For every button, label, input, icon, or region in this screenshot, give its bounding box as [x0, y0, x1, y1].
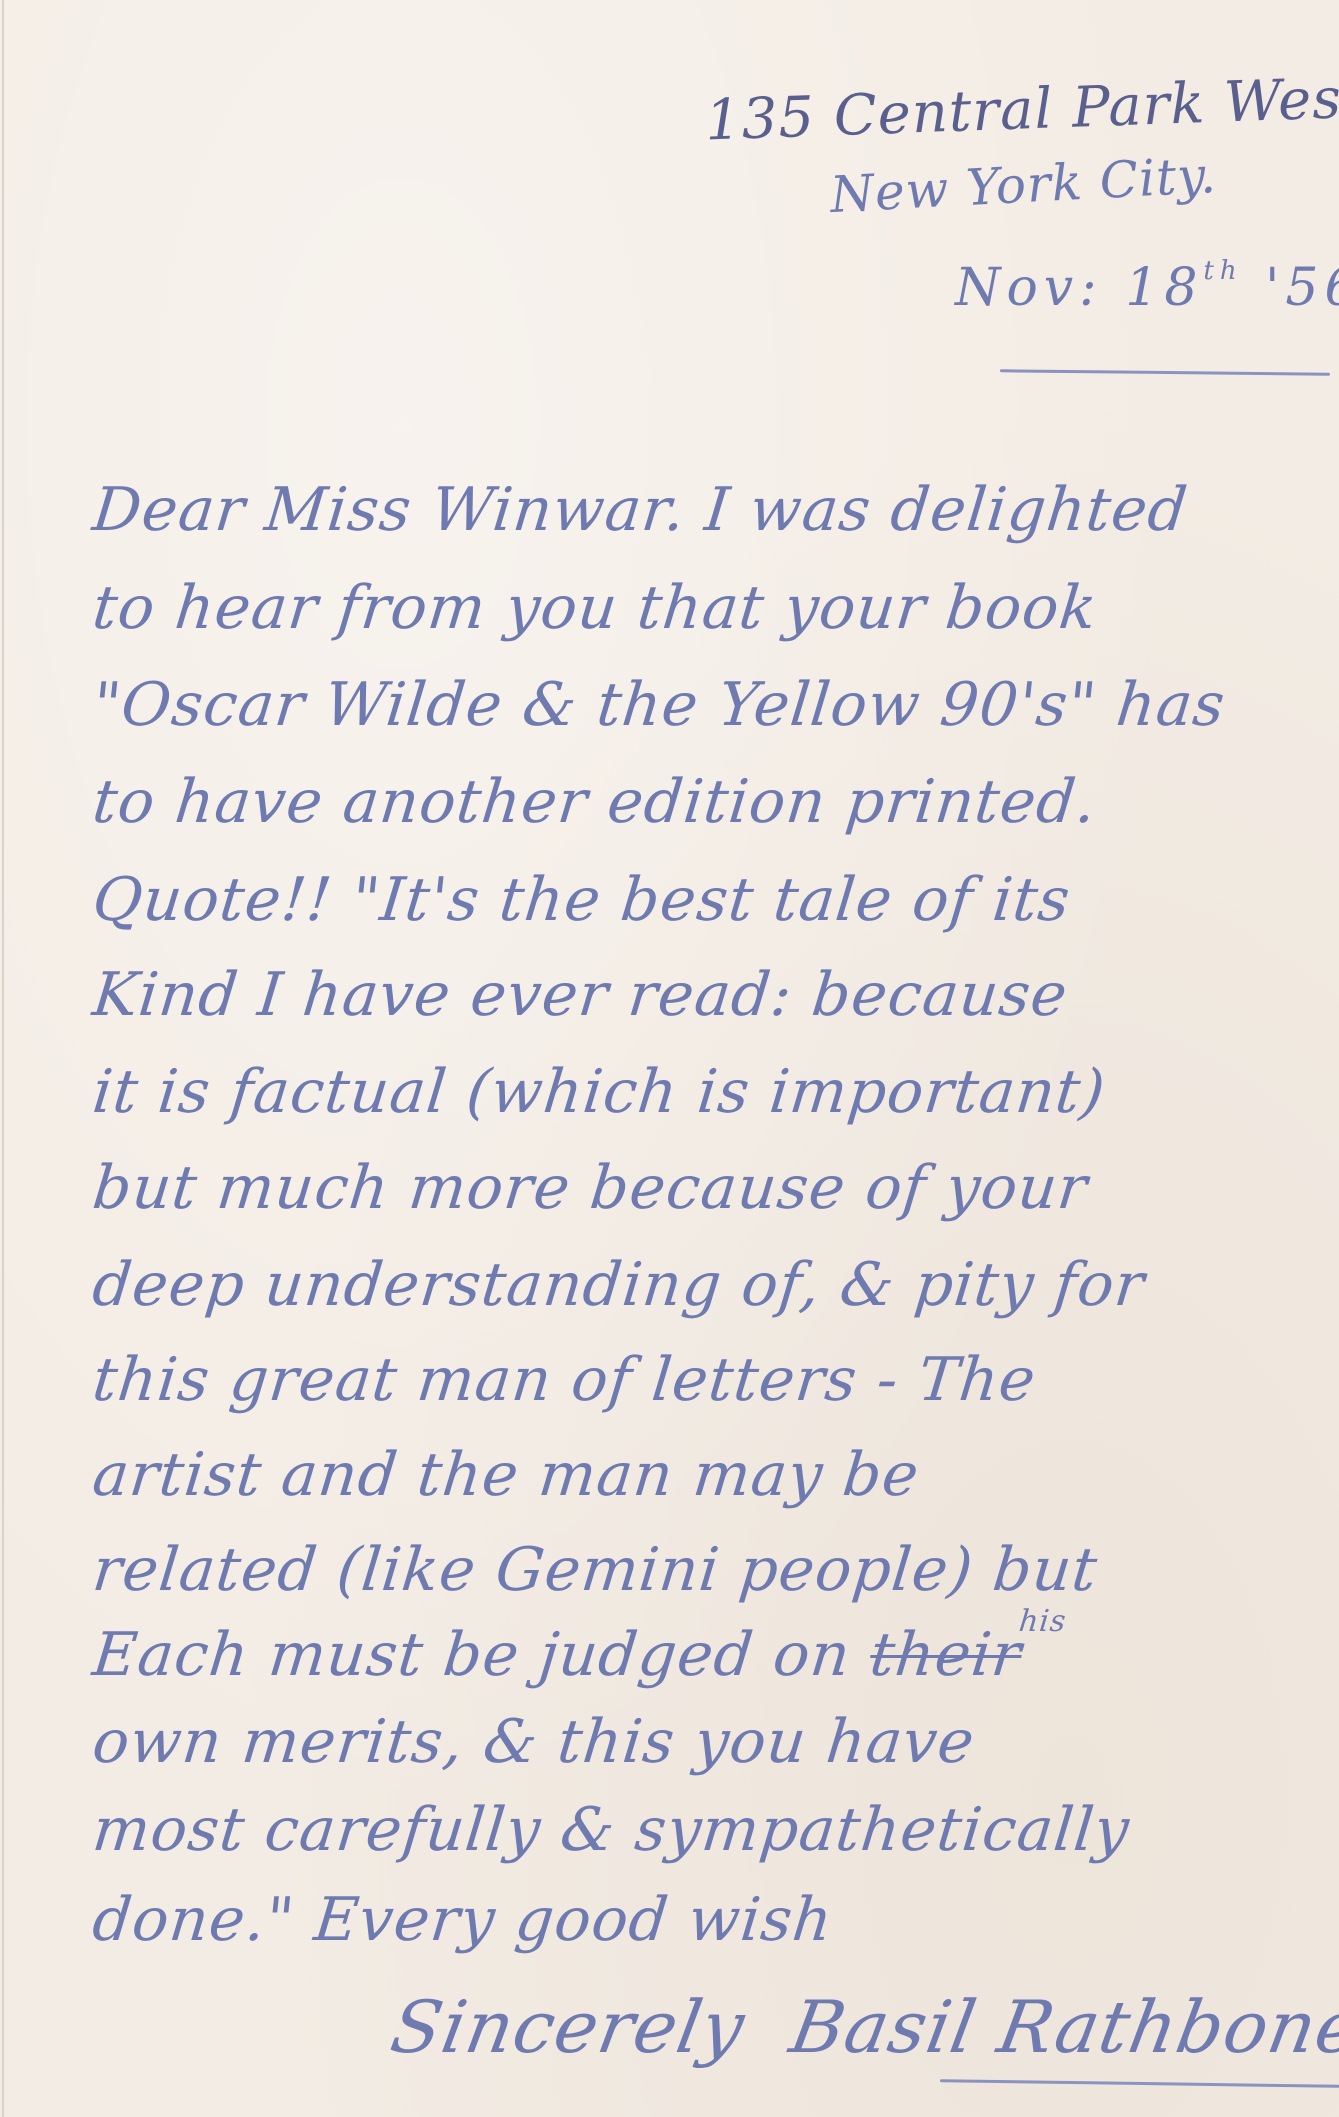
correction-text: Each must be judged on [89, 1620, 874, 1690]
signature: Sincerely Basil Rathbone [385, 1985, 1339, 2069]
body-line-6: it is factual (which is important) [90, 1062, 1108, 1122]
body-line-correction: Each must be judged on theirhis [90, 1625, 1066, 1685]
body-line-1: to hear from you that your book [90, 578, 1100, 638]
body-line-2: "Oscar Wilde & the Yellow 90's" has [90, 675, 1228, 735]
signature-closing: Sincerely [385, 1985, 751, 2069]
struck-word: their [867, 1620, 1025, 1690]
date-main: Nov: 18 [955, 258, 1203, 318]
closing-line-3: done." Every good wish [90, 1890, 836, 1950]
signature-name: Basil Rathbone [784, 1985, 1339, 2069]
letter-date: Nov: 18th '56 [955, 262, 1339, 314]
closing-line-1: own merits, & this you have [90, 1712, 978, 1772]
body-line-7: but much more because of your [90, 1158, 1091, 1218]
body-line-9: this great man of letters - The [90, 1350, 1039, 1410]
body-line-10: artist and the man may be [90, 1445, 922, 1505]
date-year: '56 [1243, 258, 1339, 318]
body-line-5: Kind I have ever read: because [90, 965, 1071, 1025]
paper-left-edge [2, 0, 4, 2117]
closing-line-2: most carefully & sympathetically [90, 1800, 1133, 1860]
body-line-4: Quote!! "It's the best tale of its [90, 870, 1073, 930]
inserted-word: his [1017, 1604, 1068, 1639]
body-line-3: to have another edition printed. [90, 772, 1099, 832]
body-line-11: related (like Gemini people) but [90, 1540, 1100, 1600]
salutation-line: Dear Miss Winwar. I was delighted [90, 480, 1191, 540]
body-line-8: deep understanding of, & pity for [90, 1255, 1148, 1315]
date-ordinal: th [1203, 256, 1242, 286]
